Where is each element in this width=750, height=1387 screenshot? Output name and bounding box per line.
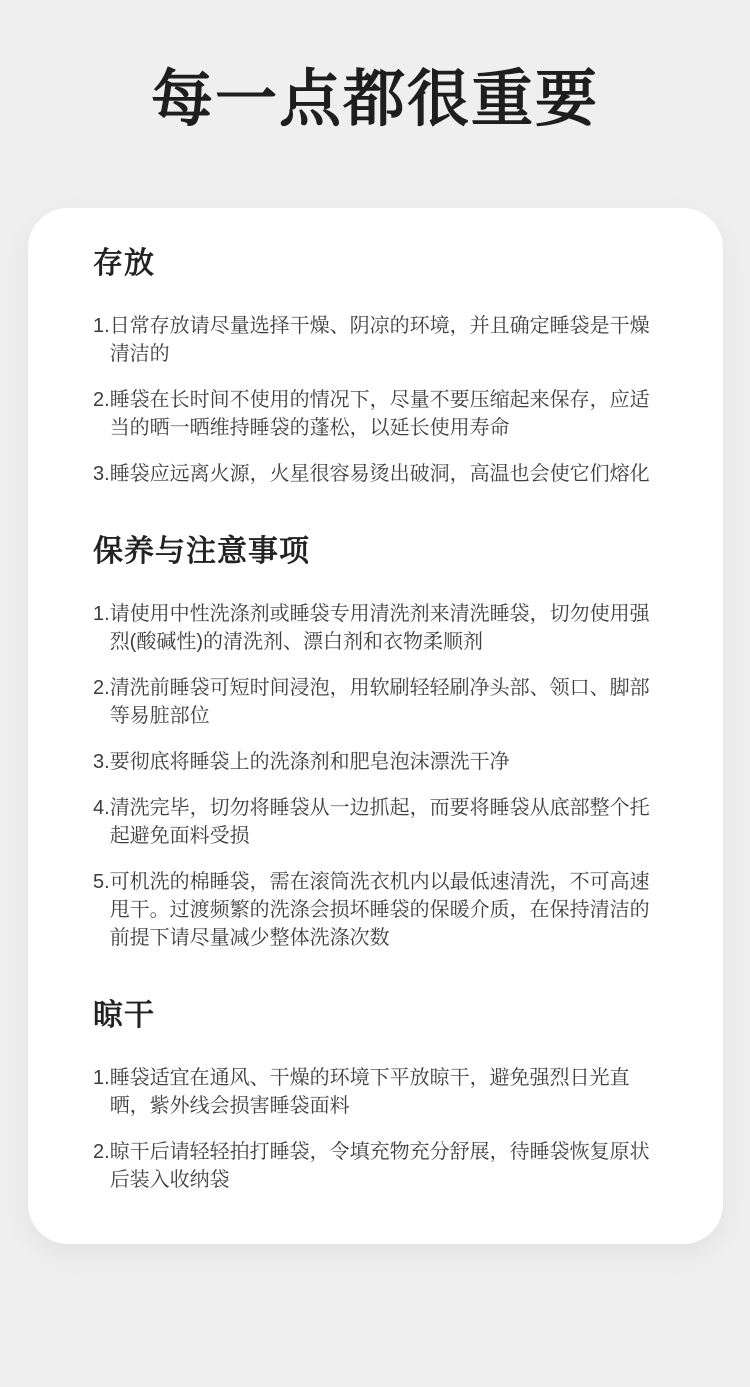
section-heading: 保养与注意事项 [93, 534, 665, 570]
list-item-text: 清洗前睡袋可短时间浸泡，用软刷轻轻刷净头部、领口、脚部等易脏部位 [110, 674, 665, 730]
list-item-number: 5. [93, 868, 110, 896]
list-item-text: 可机洗的棉睡袋，需在滚筒洗衣机内以最低速清洗，不可高速甩干。过渡频繁的洗涤会损坏… [110, 868, 665, 952]
list-item: 1. 睡袋适宜在通风、干燥的环境下平放晾干，避免强烈日光直晒，紫外线会损害睡袋面… [93, 1064, 665, 1120]
list-item: 2. 睡袋在长时间不使用的情况下，尽量不要压缩起来保存，应适当的晒一晒维持睡袋的… [93, 386, 665, 442]
care-section: 存放 1. 日常存放请尽量选择干燥、阴凉的环境，并且确定睡袋是干燥清洁的 2. … [93, 246, 665, 488]
list-item: 3. 睡袋应远离火源，火星很容易烫出破洞，高温也会使它们熔化 [93, 460, 665, 488]
section-items: 1. 睡袋适宜在通风、干燥的环境下平放晾干，避免强烈日光直晒，紫外线会损害睡袋面… [93, 1064, 665, 1194]
list-item-text: 睡袋在长时间不使用的情况下，尽量不要压缩起来保存，应适当的晒一晒维持睡袋的蓬松，… [110, 386, 665, 442]
list-item-number: 3. [93, 460, 110, 488]
list-item-text: 要彻底将睡袋上的洗涤剂和肥皂泡沫漂洗干净 [110, 748, 665, 776]
list-item-number: 1. [93, 600, 110, 628]
care-section: 晾干 1. 睡袋适宜在通风、干燥的环境下平放晾干，避免强烈日光直晒，紫外线会损害… [93, 998, 665, 1194]
list-item: 2. 清洗前睡袋可短时间浸泡，用软刷轻轻刷净头部、领口、脚部等易脏部位 [93, 674, 665, 730]
section-heading: 存放 [93, 246, 665, 282]
list-item-text: 睡袋应远离火源，火星很容易烫出破洞，高温也会使它们熔化 [110, 460, 665, 488]
page-title: 每一点都很重要 [0, 64, 750, 136]
list-item-text: 睡袋适宜在通风、干燥的环境下平放晾干，避免强烈日光直晒，紫外线会损害睡袋面料 [110, 1064, 665, 1120]
list-item-number: 1. [93, 312, 110, 340]
list-item-number: 2. [93, 386, 110, 414]
sections-container: 存放 1. 日常存放请尽量选择干燥、阴凉的环境，并且确定睡袋是干燥清洁的 2. … [93, 246, 665, 1194]
section-items: 1. 请使用中性洗涤剂或睡袋专用清洗剂来清洗睡袋，切勿使用强烈(酸碱性)的清洗剂… [93, 600, 665, 952]
list-item: 2. 晾干后请轻轻拍打睡袋，令填充物充分舒展，待睡袋恢复原状后装入收纳袋 [93, 1138, 665, 1194]
section-items: 1. 日常存放请尽量选择干燥、阴凉的环境，并且确定睡袋是干燥清洁的 2. 睡袋在… [93, 312, 665, 488]
list-item-text: 日常存放请尽量选择干燥、阴凉的环境，并且确定睡袋是干燥清洁的 [110, 312, 665, 368]
list-item: 3. 要彻底将睡袋上的洗涤剂和肥皂泡沫漂洗干净 [93, 748, 665, 776]
care-instructions-card: 存放 1. 日常存放请尽量选择干燥、阴凉的环境，并且确定睡袋是干燥清洁的 2. … [28, 208, 723, 1244]
care-section: 保养与注意事项 1. 请使用中性洗涤剂或睡袋专用清洗剂来清洗睡袋，切勿使用强烈(… [93, 534, 665, 952]
list-item-text: 清洗完毕，切勿将睡袋从一边抓起，而要将睡袋从底部整个托起避免面料受损 [110, 794, 665, 850]
list-item-number: 1. [93, 1064, 110, 1092]
list-item: 5. 可机洗的棉睡袋，需在滚筒洗衣机内以最低速清洗，不可高速甩干。过渡频繁的洗涤… [93, 868, 665, 952]
list-item: 4. 清洗完毕，切勿将睡袋从一边抓起，而要将睡袋从底部整个托起避免面料受损 [93, 794, 665, 850]
list-item-number: 2. [93, 1138, 110, 1166]
list-item-number: 2. [93, 674, 110, 702]
list-item: 1. 日常存放请尽量选择干燥、阴凉的环境，并且确定睡袋是干燥清洁的 [93, 312, 665, 368]
section-heading: 晾干 [93, 998, 665, 1034]
list-item-text: 请使用中性洗涤剂或睡袋专用清洗剂来清洗睡袋，切勿使用强烈(酸碱性)的清洗剂、漂白… [110, 600, 665, 656]
list-item-number: 4. [93, 794, 110, 822]
list-item-text: 晾干后请轻轻拍打睡袋，令填充物充分舒展，待睡袋恢复原状后装入收纳袋 [110, 1138, 665, 1194]
list-item: 1. 请使用中性洗涤剂或睡袋专用清洗剂来清洗睡袋，切勿使用强烈(酸碱性)的清洗剂… [93, 600, 665, 656]
list-item-number: 3. [93, 748, 110, 776]
